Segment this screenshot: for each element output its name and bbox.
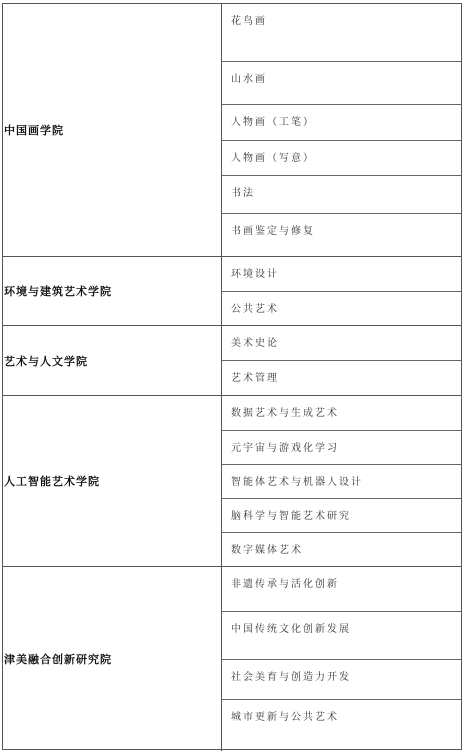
major-cell: 环境设计 <box>222 257 461 292</box>
college-name: 中国画学院 <box>3 4 222 256</box>
major-list: 环境设计 公共艺术 <box>222 257 461 325</box>
major-cell: 花鸟画 <box>222 4 461 62</box>
major-cell: 公共艺术 <box>222 292 461 326</box>
major-cell: 书画鉴定与修复 <box>222 214 461 257</box>
college-name: 艺术与人文学院 <box>3 326 222 395</box>
major-cell: 智能体艺术与机器人设计 <box>222 465 461 499</box>
college-name: 人工智能艺术学院 <box>3 396 222 566</box>
major-cell: 山水画 <box>222 62 461 105</box>
college-majors-table: 中国画学院 花鸟画 山水画 人物画（工笔） 人物画（写意） 书法 书画鉴定与修复… <box>2 3 462 750</box>
table-group-arts-humanities: 艺术与人文学院 美术史论 艺术管理 <box>3 326 461 396</box>
major-cell: 中国传统文化创新发展 <box>222 612 461 660</box>
college-name: 环境与建筑艺术学院 <box>3 257 222 325</box>
major-list: 非遗传承与活化创新 中国传统文化创新发展 社会美育与创造力开发 城市更新与公共艺… <box>222 567 461 751</box>
table-group-innovation-institute: 津美融合创新研究院 非遗传承与活化创新 中国传统文化创新发展 社会美育与创造力开… <box>3 567 461 751</box>
major-cell: 书法 <box>222 176 461 214</box>
major-cell: 非遗传承与活化创新 <box>222 567 461 612</box>
table-group-chinese-painting: 中国画学院 花鸟画 山水画 人物画（工笔） 人物画（写意） 书法 书画鉴定与修复 <box>3 4 461 257</box>
major-cell: 美术史论 <box>222 326 461 361</box>
major-list: 花鸟画 山水画 人物画（工笔） 人物画（写意） 书法 书画鉴定与修复 <box>222 4 461 256</box>
major-cell: 城市更新与公共艺术 <box>222 700 461 751</box>
major-cell: 人物画（写意） <box>222 141 461 176</box>
table-group-environment-architecture: 环境与建筑艺术学院 环境设计 公共艺术 <box>3 257 461 326</box>
major-cell: 数据艺术与生成艺术 <box>222 396 461 431</box>
major-cell: 社会美育与创造力开发 <box>222 660 461 700</box>
major-list: 数据艺术与生成艺术 元宇宙与游戏化学习 智能体艺术与机器人设计 脑科学与智能艺术… <box>222 396 461 566</box>
major-cell: 艺术管理 <box>222 361 461 396</box>
college-name: 津美融合创新研究院 <box>3 567 222 751</box>
major-cell: 元宇宙与游戏化学习 <box>222 431 461 465</box>
major-cell: 人物画（工笔） <box>222 105 461 141</box>
major-cell: 数字媒体艺术 <box>222 533 461 567</box>
table-group-ai-art: 人工智能艺术学院 数据艺术与生成艺术 元宇宙与游戏化学习 智能体艺术与机器人设计… <box>3 396 461 567</box>
major-cell: 脑科学与智能艺术研究 <box>222 499 461 533</box>
major-list: 美术史论 艺术管理 <box>222 326 461 395</box>
